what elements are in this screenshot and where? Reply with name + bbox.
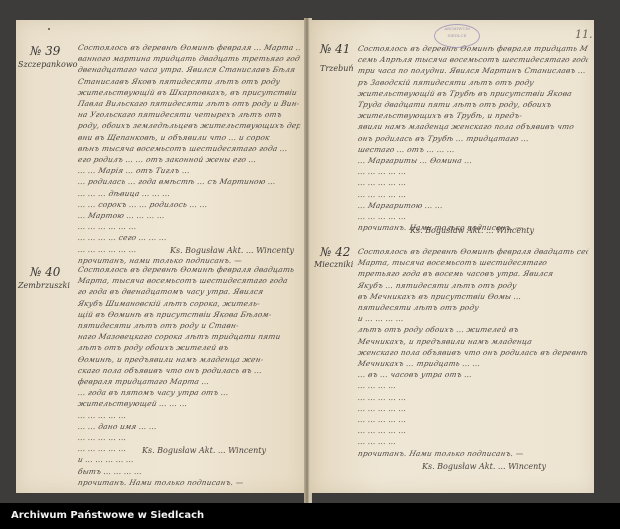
text-line: ръ Заводскій пятидесяти лѣтъ отъ роду [357,77,589,88]
entry-place: Szczepankowo [18,60,78,69]
text-line: го года въ двенадцатомъ часу утра. Явилс… [77,286,301,297]
text-line: Ѳоминѣ, и предъявили намъ младенца жен- [77,354,301,365]
entry-number: № 41 [320,42,350,56]
text-line: наго Мазовецкаго сорока лѣтъ тридцати пя… [77,331,301,342]
signature: Ks. Bogusław Akt. ... Wincenty [410,226,534,235]
text-line: и ... ... ... ... [357,313,589,324]
text-line: его родилъ ... ... отъ законной жены его… [77,154,301,165]
text-line: февраля тридцатаго Марта ... [77,376,301,387]
text-line: ... ... ... дѣвица ... ... ... [77,188,301,199]
text-line: вни въ Щепанковѣ, и объявили что ... и с… [77,132,301,143]
text-line: ... ... ... ... [357,436,589,447]
text-line: бытъ ... ... ... ... [77,466,301,477]
entry-place: Mieczniki [314,260,353,269]
signature: Ks. Bogusław Akt. ... Wincenty [170,246,294,255]
text-line: ... родилась ... года вмѣстѣ ... съ Март… [77,176,301,187]
text-line: роду, обоихъ земледѣльцевъ жительствующи… [77,120,301,131]
text-line: Состоялось въ деревнѣ Ѳоминѣ февраля три… [357,43,589,54]
text-line: шестаго ... отъ ... ... ... [357,144,589,155]
text-line: пятидесяти лѣтъ отъ роду и Ставн- [77,320,301,331]
text-line: три часа по полудни. Явился Мартинъ Стан… [357,65,589,76]
text-line: лѣтъ отъ роду обоихъ ... жителей въ [357,324,589,335]
entry-place: Zembrzuszki [18,281,70,290]
text-line: Состоялось въ деревнѣ Ѳоминѣ февраля два… [77,264,301,275]
text-line: жительствующихъ въ Трубѣ, и предъ- [357,110,589,121]
document-viewer: № 39 Szczepankowo Состоялось въ деревнѣ … [0,0,620,503]
text-line: Марта, тысяча восемьсотъ шестидесятаго г… [77,275,301,286]
text-line: ... въ ... часовъ утра отъ ... [357,369,589,380]
entry-number: № 39 [30,44,60,58]
text-line: ... ... дано имя ... ... [77,421,301,432]
text-line: на Угольскаго пятидесяти четырехъ лѣтъ о… [77,109,301,120]
folio-number: 11. [575,28,593,41]
text-line: жительствующей ... ... ... [77,398,301,409]
text-line: ... ... ... ... ... [357,166,589,177]
archive-stamp: ARCHIWUM SIEDLCE [434,24,480,48]
signature: Ks. Bogusław Akt. ... Wincenty [422,462,546,471]
text-line: жительствующій въ Трубѣ въ присутствіи Я… [357,88,589,99]
text-line: Марта, тысяча восемьсотъ шестидесятаго [357,257,589,268]
text-line: ... ... ... ... ... [357,392,589,403]
text-line: третьяго года въ восемь часовъ утра. Яви… [357,268,589,279]
right-page: № 41 Trzebuń Состоялось въ деревнѣ Ѳомин… [310,20,594,493]
text-line: Мечникахъ, и предъявили намъ младенца [357,336,589,347]
text-line: Якубъ Шимановскій лѣтъ сорока, житель- [77,298,301,309]
text-line: Мечникахъ ... тридцать ... ... [357,358,589,369]
entry-number: № 40 [30,265,60,279]
text-line: ... ... ... ... сего ... ... ... [77,232,301,243]
text-line: ... ... ... ... ... [357,189,589,200]
text-line: лѣтъ отъ роду обоихъ жителей въ [77,342,301,353]
ink-mark [48,28,50,30]
text-line: прочитанъ. Нами только подписанъ. — [77,477,301,488]
text-line: въ Мечникахъ въ присутствіи Ѳомы ... [357,291,589,302]
record-entry: Состоялось въ деревнѣ Ѳоминѣ февраля ...… [78,42,300,266]
signature: Ks. Bogusław Akt. ... Wincenty [142,446,266,455]
text-line: Якубъ ... пятидесяти лѣтъ отъ роду [357,280,589,291]
entry-number: № 42 [320,245,350,259]
text-line: ... ... ... ... ... ... [77,221,301,232]
text-line: ... Маргариты ... Ѳомина ... [357,155,589,166]
text-line: Станиславъ Яковъ пятидесяти лѣтъ отъ род… [77,76,301,87]
text-line: Павла Вильскаго пятидесяти лѣтъ отъ роду… [77,98,301,109]
text-line: ... года въ пятомъ часу утра отъ ... [77,387,301,398]
archive-footer-bar: Archiwum Państwowe w Siedlcach [0,503,620,529]
text-line: жительствующій въ Шкарповкахъ, въ присут… [77,87,301,98]
text-line: и ... ... ... ... ... [77,454,301,465]
text-line: прочитанъ. Нами только подписанъ. — [357,448,589,459]
text-line: ... Мартою ... ... ... ... [77,210,301,221]
text-line: ... ... ... ... ... [357,177,589,188]
text-line: ... ... сорокъ ... ... родилось ... ... [77,199,301,210]
text-line: онъ родилась въ Трубѣ ... тридцатаго ... [357,133,589,144]
text-line: ... ... Марія ... отъ Тиглъ ... [77,165,301,176]
text-line: ... ... ... ... [357,380,589,391]
text-line: скаго пола объявивъ что онъ родилась въ … [77,365,301,376]
text-line: пятидесяти лѣтъ отъ роду [357,302,589,313]
text-line: семь Апрѣля тысяча восемьсотъ шестидесят… [357,54,589,65]
text-line: Состоялось въ деревнѣ Ѳоминѣ февраля два… [357,246,589,257]
text-line: ... ... ... ... ... [357,425,589,436]
text-line: двенадцатаго часа утра. Явился Станислав… [77,64,301,75]
text-line: вѣнъ тысяча восемьсотъ шестидесятаго год… [77,143,301,154]
text-line: ... Маргаритою ... ... [357,200,589,211]
record-entry: Состоялось въ деревнѣ Ѳоминѣ февраля три… [358,43,588,233]
text-line: ... ... ... ... ... [357,211,589,222]
text-line: Труда двадцати пяти лѣтъ отъ роду, обоих… [357,99,589,110]
entry-place: Trzebuń [320,64,354,73]
record-entry: Состоялось въ деревнѣ Ѳоминѣ февраля два… [358,246,588,459]
text-line: ... ... ... ... ... [77,432,301,443]
archive-name: Archiwum Państwowe w Siedlcach [11,510,204,521]
text-line: ванного мартина тридцать двадцать третья… [77,53,301,64]
text-line: явили намъ младенца женскаго пола объяви… [357,121,589,132]
text-line: ... ... ... ... ... [77,410,301,421]
text-line: ... ... ... ... ... [357,403,589,414]
text-line: щій въ Ѳоминѣ въ присутствіи Якова Бѣлом… [77,309,301,320]
text-line: ... ... ... ... ... [357,414,589,425]
text-line: Состоялось въ деревнѣ Ѳоминѣ февраля ...… [77,42,301,53]
stamp-text: ARCHIWUM SIEDLCE [444,26,470,38]
left-page: № 39 Szczepankowo Состоялось въ деревнѣ … [16,20,306,493]
text-line: женскаго пола объявивъ что онъ родилась … [357,347,589,358]
